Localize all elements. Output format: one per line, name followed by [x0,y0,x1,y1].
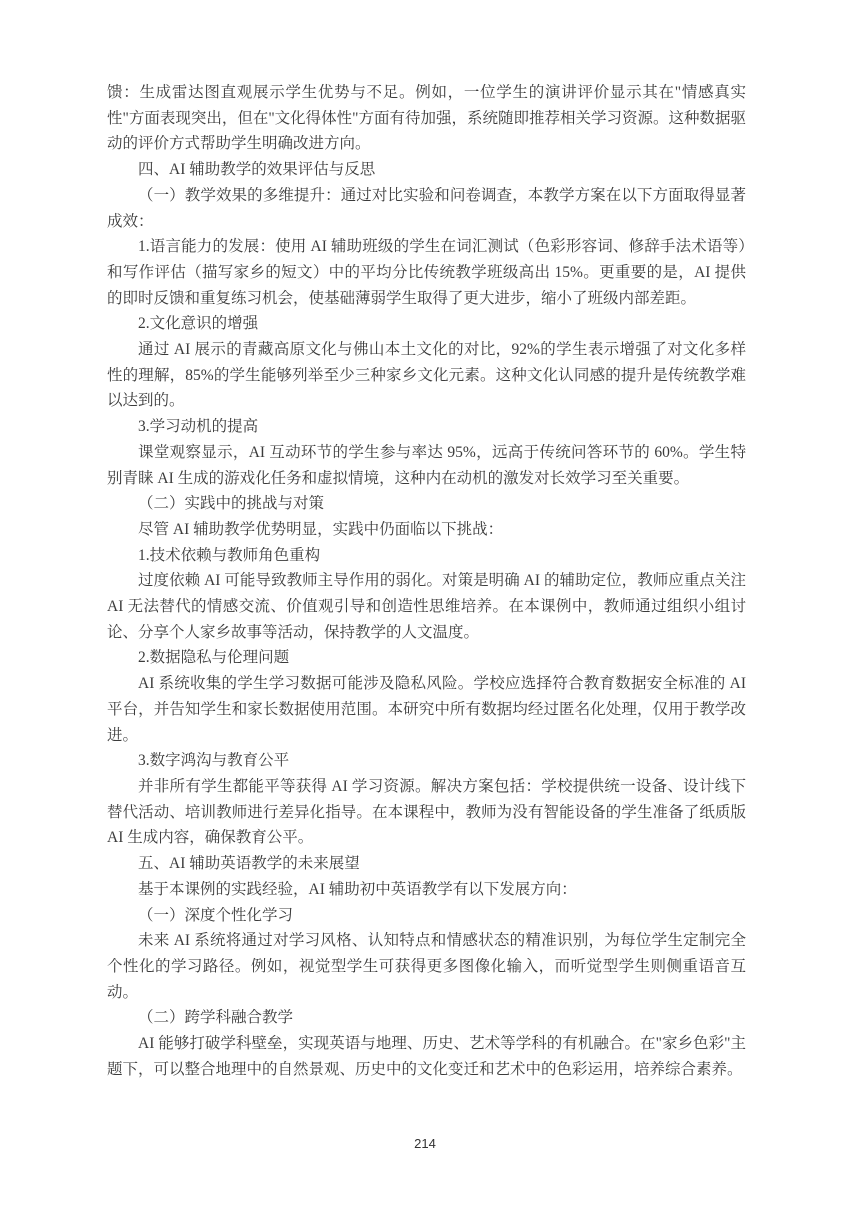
paragraph: 3.学习动机的提高 [107,414,746,440]
paragraph: 3.数字鸿沟与教育公平 [107,748,746,774]
paragraph: 2.文化意识的增强 [107,311,746,337]
paragraph: 四、AI 辅助教学的效果评估与反思 [107,157,746,183]
paragraph: 1.技术依赖与教师角色重构 [107,543,746,569]
paragraph: 尽管 AI 辅助教学优势明显，实践中仍面临以下挑战： [107,517,746,543]
paragraph: 五、AI 辅助英语教学的未来展望 [107,851,746,877]
paragraph: AI 能够打破学科壁垒，实现英语与地理、历史、艺术等学科的有机融合。在"家乡色彩… [107,1031,746,1082]
paragraph: （一）深度个性化学习 [107,903,746,929]
paragraph: AI 系统收集的学生学习数据可能涉及隐私风险。学校应选择符合教育数据安全标准的 … [107,671,746,748]
paragraph: （二）实践中的挑战与对策 [107,491,746,517]
page-number: 214 [414,1136,436,1151]
page-footer: 214 [0,1136,850,1151]
paragraph: （二）跨学科融合教学 [107,1005,746,1031]
paragraph: 并非所有学生都能平等获得 AI 学习资源。解决方案包括：学校提供统一设备、设计线… [107,774,746,851]
paragraph: 课堂观察显示，AI 互动环节的学生参与率达 95%，远高于传统问答环节的 60%… [107,440,746,491]
paragraph: 未来 AI 系统将通过对学习风格、认知特点和情感状态的精准识别，为每位学生定制完… [107,928,746,1005]
paragraph: 通过 AI 展示的青藏高原文化与佛山本土文化的对比，92%的学生表示增强了对文化… [107,337,746,414]
paragraph: 过度依赖 AI 可能导致教师主导作用的弱化。对策是明确 AI 的辅助定位，教师应… [107,568,746,645]
document-page: 馈：生成雷达图直观展示学生优势与不足。例如，一位学生的演讲评价显示其在"情感真实… [0,0,850,1205]
paragraph: （一）教学效果的多维提升：通过对比实验和问卷调查，本教学方案在以下方面取得显著成… [107,183,746,234]
paragraph: 基于本课例的实践经验，AI 辅助初中英语教学有以下发展方向： [107,877,746,903]
paragraph: 馈：生成雷达图直观展示学生优势与不足。例如，一位学生的演讲评价显示其在"情感真实… [107,80,746,157]
paragraph: 1.语言能力的发展：使用 AI 辅助班级的学生在词汇测试（色彩形容词、修辞手法术… [107,234,746,311]
document-body: 馈：生成雷达图直观展示学生优势与不足。例如，一位学生的演讲评价显示其在"情感真实… [107,80,746,1082]
paragraph: 2.数据隐私与伦理问题 [107,645,746,671]
